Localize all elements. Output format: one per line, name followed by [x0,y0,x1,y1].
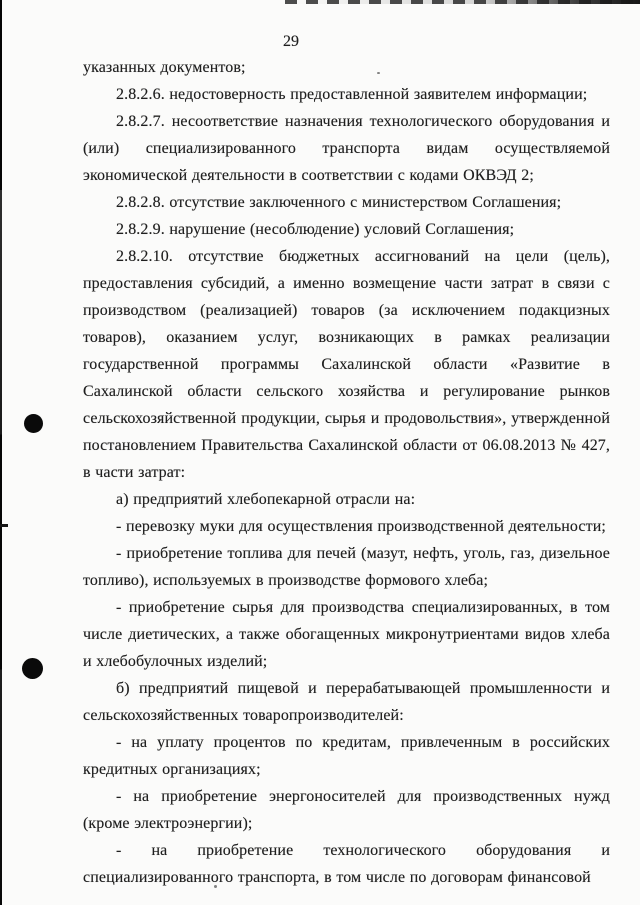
paragraph: - приобретение топлива для печей (мазут,… [83,540,610,594]
document-body: указанных документов; 2.8.2.6. недостове… [83,54,610,891]
paragraph: 2.8.2.8. отсутствие заключенного с минис… [83,189,610,216]
paragraph: - на приобретение технологического обору… [83,837,610,891]
paragraph: - на приобретение энергоносителей для пр… [83,783,610,837]
paragraph: - перевозку муки для осуществления произ… [83,513,610,540]
paragraph: - на уплату процентов по кредитам, привл… [83,729,610,783]
paragraph: 2.8.2.7. несоответствие назначения техно… [83,108,610,189]
scan-tick-mark [0,524,8,527]
scan-edge-line-top [285,0,640,4]
scan-edge-line-left [0,0,2,905]
paragraph: а) предприятий хлебопекарной отрасли на: [83,486,610,513]
paragraph: 2.8.2.9. нарушение (несоблюдение) услови… [83,216,610,243]
paragraph: указанных документов; [83,54,610,81]
scanned-document-page: 29 указанных документов; 2.8.2.6. недост… [0,0,640,905]
paragraph: - приобретение сырья для производства сп… [83,594,610,675]
page-number: 29 [283,33,299,51]
paragraph: 2.8.2.6. недостоверность предоставленной… [83,81,610,108]
punch-hole-mark-bottom [22,658,43,679]
paragraph: 2.8.2.10. отсутствие бюджетных ассигнова… [83,243,610,486]
punch-hole-mark-top [24,414,43,433]
paragraph: б) предприятий пищевой и перерабатывающе… [83,675,610,729]
